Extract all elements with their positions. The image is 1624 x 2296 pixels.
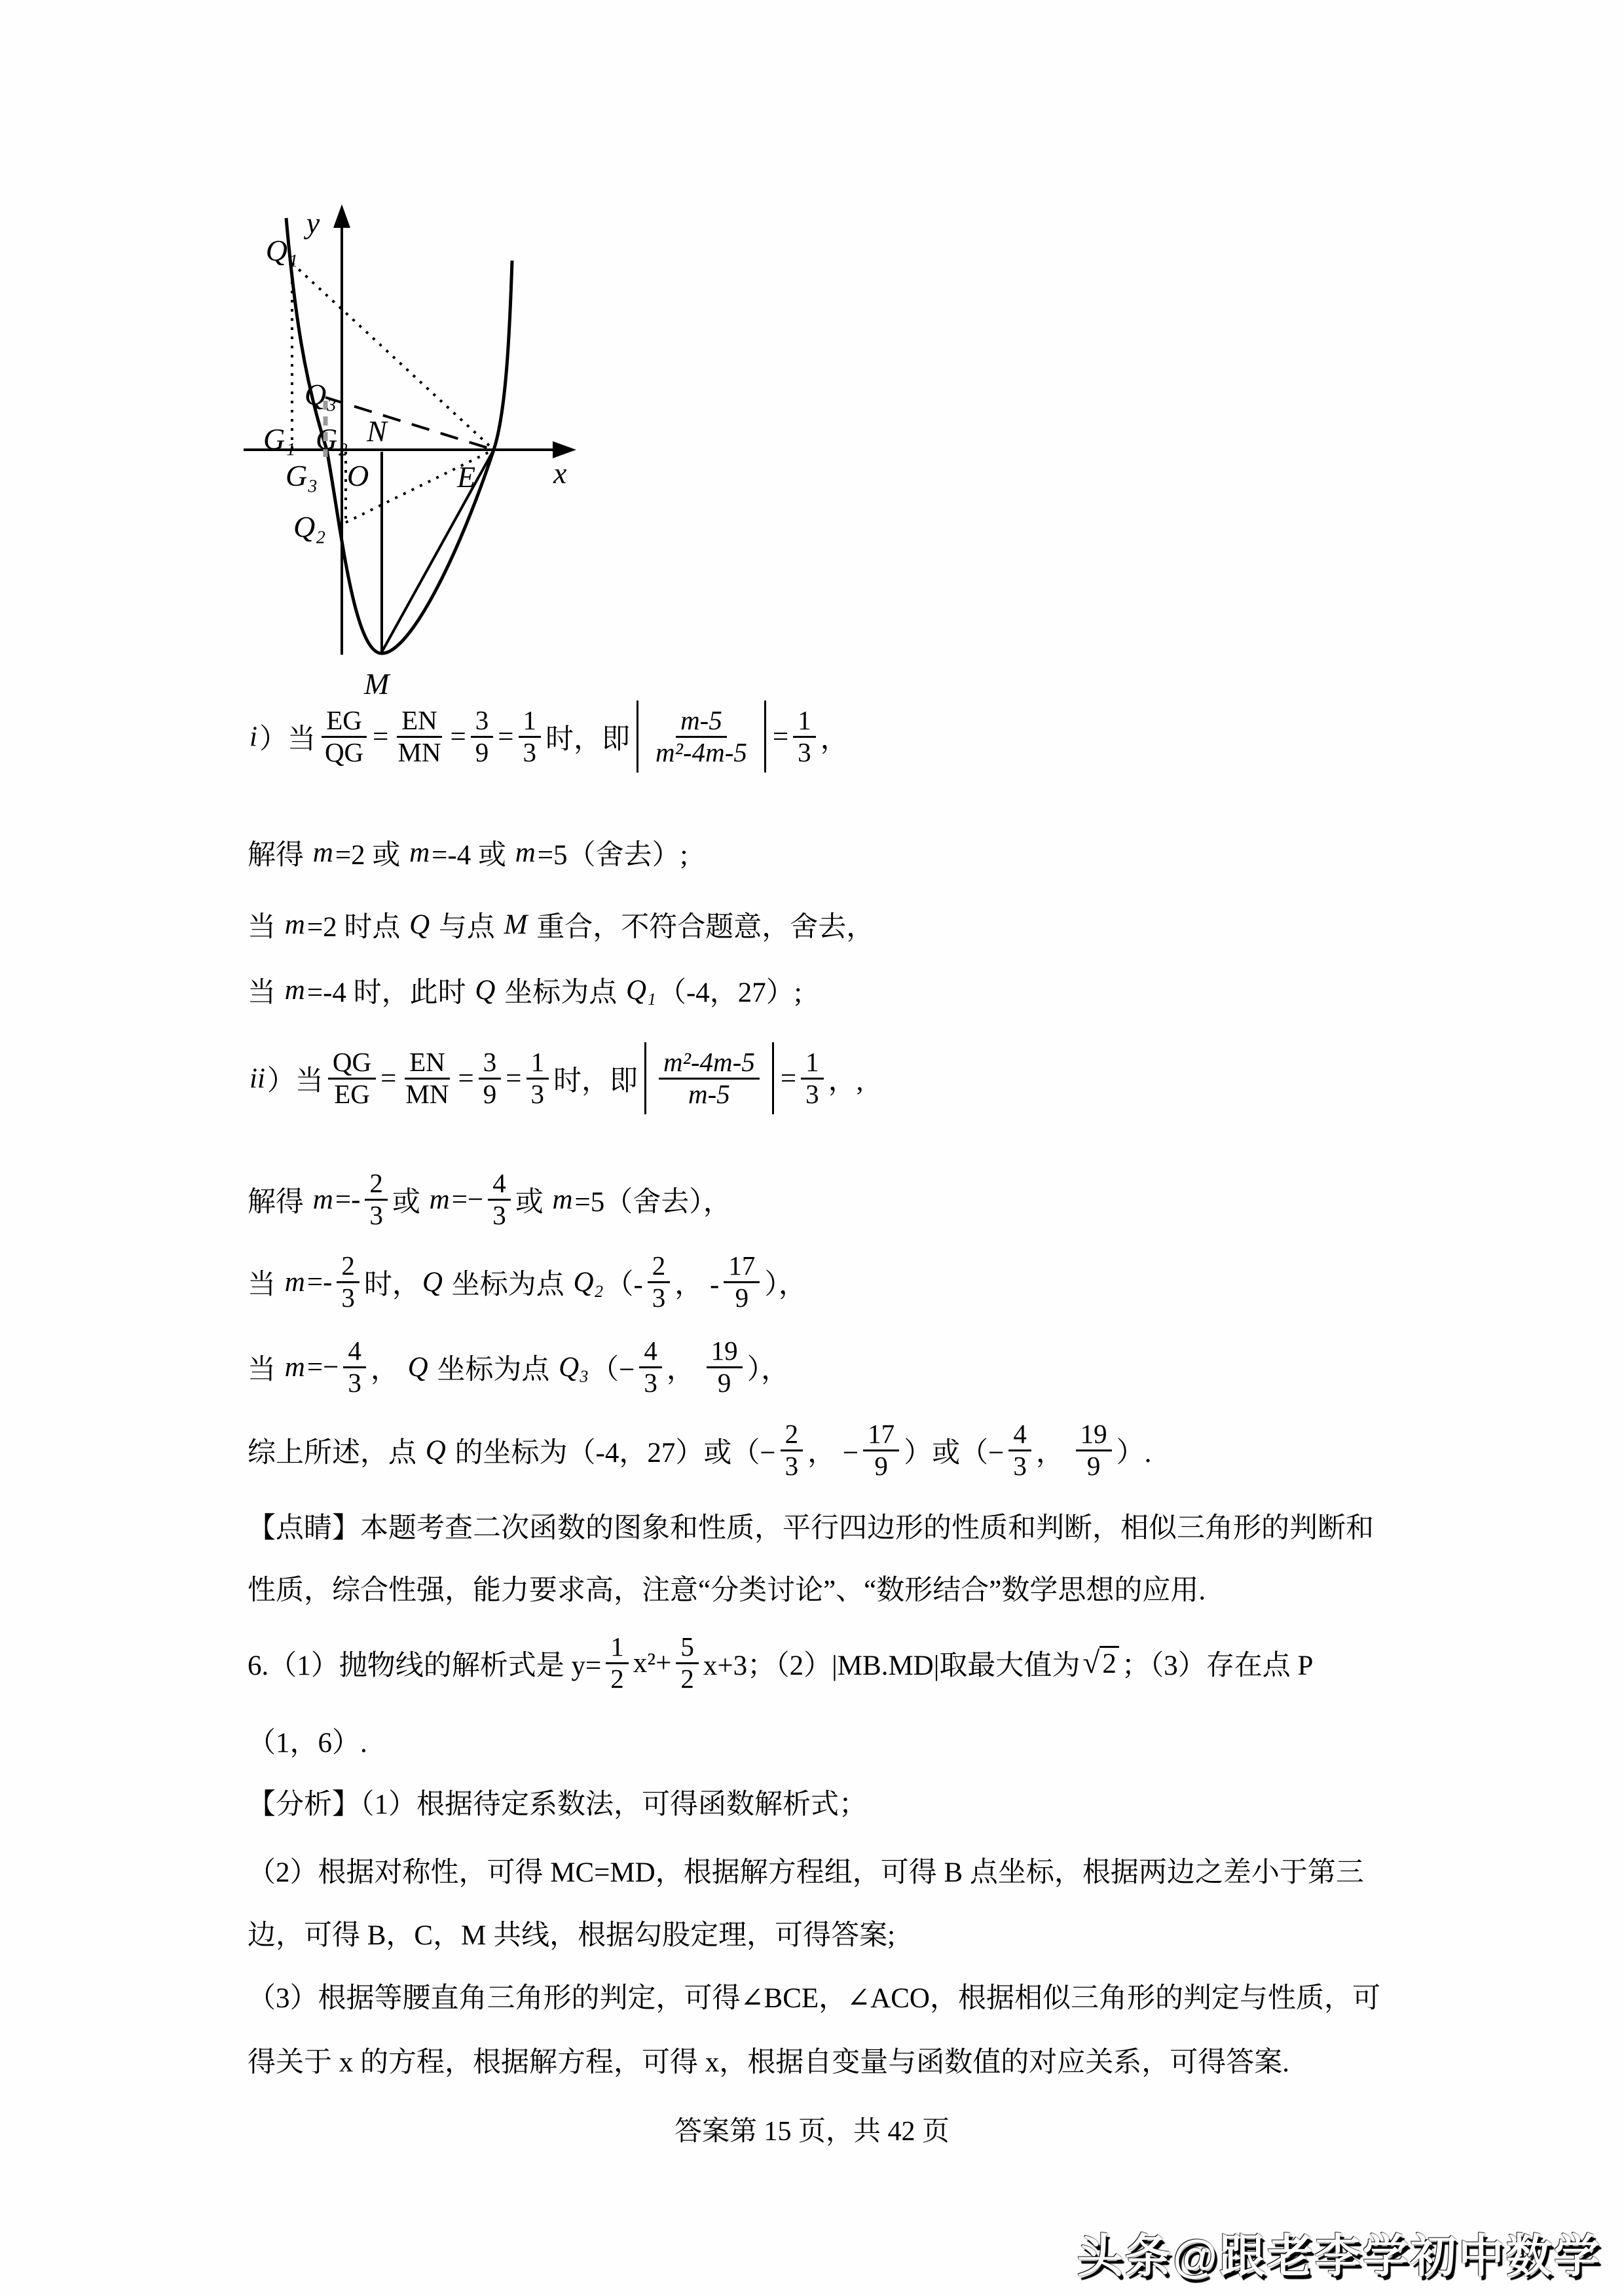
math-variable: Q [420,1266,445,1298]
fraction-denominator: 3 [1008,1451,1031,1482]
text-run: 解得 [248,1180,311,1220]
text-run: = [781,1063,796,1095]
fraction-numerator: 1 [793,706,816,738]
problem6-answer-line: 6.（1）抛物线的解析式是 y=12x²+52x+3；（2）|MB.MD|取最大… [248,1624,1313,1702]
solution-line-m-neg4: 当 m=-4 时，此时 Q 坐标为点 Q₁（-4，27）; [248,970,802,1010]
fraction-numerator: EG [322,706,367,738]
text-run: =-4 或 [432,833,513,873]
text-run: 当 [248,970,283,1010]
math-variable: m [311,1184,335,1216]
analysis-line-4: （3）根据等腰直角三角形的判定，可得∠BCE，∠ACO，根据相似三角形的判定与性… [248,1976,1380,2015]
label-origin: O [347,459,369,492]
text-run: = [498,721,513,753]
text-run: x+3；（2）|MB.MD|取最大值为 [703,1643,1080,1683]
fraction: 23 [781,1419,803,1482]
text-run: （2）根据对称性，可得 MC=MD，根据解方程组，可得 B 点坐标，根据两边之差… [248,1850,1364,1890]
math-variable: Q [473,974,497,1006]
label-point-G3: G₃ [286,459,318,492]
math-variable: m [428,1184,452,1216]
absolute-value: m²-4m-5m-5 [644,1042,774,1115]
problem6-point-p: （1，6）. [248,1721,367,1760]
label-point-Q3: Q₃ [304,378,337,411]
math-variable: m [513,837,538,869]
text-run: =2 时点 [307,905,407,945]
fraction-denominator: QG [320,738,368,768]
remark-line-2: 性质，综合性强，能力要求高，注意“分类讨论”、“数形结合”数学思想的应用. [248,1568,1206,1607]
fraction-denominator: 9 [479,1080,502,1110]
label-point-Q1: Q₁ [266,234,298,267]
text-run: =-4 时，此时 [307,970,473,1010]
text-run: =5（舍去）; [538,833,688,873]
fraction: 52 [676,1632,699,1694]
text-run: 时， [364,1262,420,1302]
text-run: 时，即 [545,717,630,757]
fraction-denominator: EG [329,1080,375,1110]
fraction-numerator: 19 [707,1336,743,1368]
solution-line-solve-i: 解得 m=2 或 m=-4 或 m=5（舍去）; [248,833,688,872]
text-run: ）. [1116,1430,1152,1470]
fraction-denominator: 9 [1082,1451,1105,1482]
fraction-denominator: 3 [337,1283,360,1313]
math-variable: m [311,837,335,869]
fraction-denominator: 3 [519,738,542,768]
label-point-Q2: Q₂ [293,510,325,543]
text-run: 综上所述，点 [248,1430,424,1470]
fraction-numerator: 5 [676,1632,699,1664]
text-run: 重合，不符合题意，舍去， [529,905,874,945]
text-run: （− [591,1347,635,1387]
math-variable: M [502,909,530,941]
fraction-numerator: 3 [471,706,494,738]
solution-line-case-i: i）当EGQG=ENMN=39=13时，即m-5m²-4m-5=13， [248,681,849,792]
text-run: 或 [392,1180,428,1220]
absolute-value: m-5m²-4m-5 [637,701,766,773]
analysis-line-3: 边，可得 B，C，M 共线，根据勾股定理，可得答案; [248,1913,895,1952]
text-run: 【点睛】本题考查二次函数的图象和性质，平行四边形的性质和判断，相似三角形的判断和 [248,1506,1374,1546]
fraction: 199 [1076,1419,1112,1482]
text-run: = [451,721,466,753]
square-root: √2 [1082,1645,1118,1681]
fraction-denominator: m-5 [684,1080,735,1110]
math-variable: i [248,721,259,753]
fraction-numerator: EN [397,706,442,738]
fraction: m-5m²-4m-5 [651,706,752,768]
fraction: EGQG [320,706,368,768]
fraction: ENMN [401,1048,453,1110]
text-run: = [458,1063,473,1095]
text-run: ）当 [259,717,316,757]
y-axis-arrow [333,204,350,228]
text-run: 性质，综合性强，能力要求高，注意“分类讨论”、“数形结合”数学思想的应用. [248,1568,1206,1608]
fraction: 39 [479,1048,502,1110]
fraction-numerator: 2 [365,1169,388,1201]
text-run: = [373,721,388,753]
text-run: ）， [764,1262,807,1302]
fraction-numerator: 1 [526,1048,549,1080]
text-run: （- [605,1262,642,1302]
text-run: 6.（1）抛物线的解析式是 y= [248,1643,601,1683]
fraction-denominator: 2 [676,1664,699,1694]
fraction-denominator: 3 [639,1368,662,1398]
fraction: 43 [639,1336,662,1398]
fraction-denominator: 3 [648,1283,671,1313]
fraction: m²-4m-5m-5 [659,1048,760,1110]
fraction-denominator: 9 [870,1451,893,1482]
fraction: ENMN [393,706,445,768]
document-page: y x O Q₁ Q₃ G₁ G₂ N G₃ E Q₂ M i）当EGQG=EN… [0,0,1624,2296]
fraction: 13 [793,706,816,768]
text-run: （1，6）. [248,1721,367,1760]
text-run: ）或（− [904,1430,1004,1470]
fraction-numerator: 3 [479,1048,502,1080]
fraction-numerator: EN [405,1048,450,1080]
text-run: =5（舍去）， [575,1180,731,1220]
fraction: 13 [519,706,542,768]
fraction-denominator: 3 [781,1451,803,1482]
text-run: ， [371,1347,406,1387]
text-run: （3）根据等腰直角三角形的判定，可得∠BCE，∠ACO，根据相似三角形的判定与性… [248,1976,1380,2016]
fraction: 23 [648,1251,671,1313]
math-variable: Q [406,1351,430,1383]
fraction-numerator: 1 [606,1632,629,1664]
fraction: 23 [365,1169,388,1231]
text-run: =− [452,1184,484,1216]
math-variable: m [283,974,307,1006]
fraction-numerator: 4 [639,1336,662,1368]
fraction-denominator: 3 [526,1080,549,1110]
text-run: 与点 [432,905,502,945]
text-run: 边，可得 B，C，M 共线，根据勾股定理，可得答案; [248,1913,895,1953]
fraction-denominator: m²-4m-5 [651,738,752,768]
fraction-numerator: 17 [863,1419,899,1451]
remark-line-1: 【点睛】本题考查二次函数的图象和性质，平行四边形的性质和判断，相似三角形的判断和 [248,1506,1374,1545]
text-run: 得关于 x 的方程，根据解方程，可得 x，根据自变量与函数值的对应关系，可得答案… [248,2040,1289,2080]
text-run: （-4，27）; [658,970,802,1010]
text-run: 的坐标为（-4，27）或（− [448,1430,776,1470]
fraction: 43 [343,1336,366,1398]
text-run: x²+ [633,1647,672,1679]
fraction-denominator: 9 [713,1368,736,1398]
text-run: 坐标为点 [497,970,624,1010]
math-variable: Q₂ [571,1266,605,1298]
text-run: 【分析】（1）根据待定系数法，可得函数解析式； [248,1782,867,1822]
fraction-numerator: 4 [1008,1419,1031,1451]
analysis-line-5: 得关于 x 的方程，根据解方程，可得 x，根据自变量与函数值的对应关系，可得答案… [248,2040,1289,2079]
parabola-figure: y x O Q₁ Q₃ G₁ G₂ N G₃ E Q₂ M [216,183,609,707]
label-x-axis: x [553,456,567,490]
fraction-denominator: MN [401,1080,453,1110]
fraction: 13 [526,1048,549,1110]
fraction-denominator: 9 [471,738,494,768]
fraction-numerator: m-5 [676,706,727,738]
math-variable: ii [248,1063,267,1095]
text-run: 当 [248,1347,283,1387]
fraction: 179 [863,1419,899,1482]
text-run: ，, [828,1059,864,1099]
segment-ME [382,450,494,652]
text-run: ， [1036,1430,1071,1470]
fraction-numerator: m²-4m-5 [659,1048,760,1080]
fraction: 43 [1008,1419,1031,1482]
fraction-numerator: 1 [801,1048,824,1080]
fraction: 179 [724,1251,760,1313]
solution-line-q2-coords: 当 m=-23时，Q 坐标为点 Q₂（-23， -179）， [248,1243,807,1321]
fraction-denominator: MN [393,738,445,768]
label-point-G1: G₁ [263,422,295,456]
solution-line-summary: 综上所述，点 Q 的坐标为（-4，27）或（−23， −179）或（−43， 1… [248,1411,1151,1489]
solution-line-q3-coords: 当 m=−43， Q 坐标为点 Q₃（−43， 199）， [248,1328,789,1406]
radicand: 2 [1099,1646,1119,1680]
fraction-numerator: 17 [724,1251,760,1283]
fraction: 39 [471,706,494,768]
fraction: 13 [801,1048,824,1110]
radical-sign: √ [1082,1645,1099,1681]
text-run: ）， [747,1347,790,1387]
text-run: 坐标为点 [445,1262,572,1302]
fraction-denominator: 9 [731,1283,754,1313]
math-variable: m [283,1266,307,1298]
text-run: ， [667,1347,702,1387]
text-run: ， − [807,1430,858,1470]
text-run: = [380,1063,396,1095]
math-variable: m [550,1184,574,1216]
fraction-numerator: 4 [488,1169,511,1201]
solution-line-case-ii: ii）当QGEG=ENMN=39=13时，即m²-4m-5m-5=13，, [248,1023,863,1134]
fraction-numerator: 2 [648,1251,671,1283]
math-variable: m [283,1351,307,1383]
text-run: =2 或 [335,833,407,873]
label-y-axis: y [304,206,320,240]
text-run: 时，即 [553,1059,638,1099]
fraction: 12 [606,1632,629,1694]
fraction-denominator: 3 [365,1201,388,1231]
fraction: 43 [488,1169,511,1231]
text-run: ， [821,717,849,757]
text-run: 当 [248,1262,283,1302]
math-variable: m [407,837,432,869]
fraction-numerator: 2 [781,1419,803,1451]
analysis-line-1: 【分析】（1）根据待定系数法，可得函数解析式； [248,1782,867,1821]
fraction-numerator: 19 [1076,1419,1112,1451]
fraction-denominator: 3 [801,1080,824,1110]
label-point-E: E [456,460,475,494]
label-point-G2: G₂ [316,422,348,456]
math-variable: m [283,909,307,941]
watermark: 头条@跟老李学初中数学 [1077,2219,1602,2286]
fraction-numerator: 4 [343,1336,366,1368]
text-run: ）当 [267,1059,323,1099]
solution-line-m2-reject: 当 m=2 时点 Q 与点 M 重合，不符合题意，舍去， [248,905,874,944]
fraction-denominator: 3 [343,1368,366,1398]
fraction-denominator: 2 [606,1664,629,1694]
fraction-denominator: 3 [488,1201,511,1231]
text-run: = [506,1063,521,1095]
math-variable: Q [424,1434,448,1467]
text-run: ；（3）存在点 P [1122,1643,1314,1683]
dashed-Q3-N-E [325,397,494,450]
fraction-denominator: 3 [793,738,816,768]
text-run: ， - [674,1262,719,1302]
math-variable: Q₃ [557,1351,591,1383]
text-run: =- [307,1266,333,1298]
solution-line-solve-ii: 解得 m=-23或 m=−43或 m=5（舍去）， [248,1160,731,1239]
fraction-numerator: QG [328,1048,376,1080]
text-run: = [773,721,788,753]
text-run: 或 [515,1180,551,1220]
fraction-numerator: 2 [337,1251,360,1283]
math-variable: Q₁ [624,974,658,1006]
fraction-numerator: 1 [519,706,542,738]
text-run: 坐标为点 [430,1347,557,1387]
fraction: 23 [337,1251,360,1313]
text-run: =- [335,1184,361,1216]
text-run: =− [307,1351,339,1383]
math-variable: Q [407,909,432,941]
text-run: 当 [248,905,283,945]
text-run: 解得 [248,833,311,873]
fraction: QGEG [328,1048,376,1110]
analysis-line-2: （2）根据对称性，可得 MC=MD，根据解方程组，可得 B 点坐标，根据两边之差… [248,1850,1364,1889]
fraction: 199 [707,1336,743,1398]
page-footer: 答案第 15 页，共 42 页 [0,2109,1624,2149]
label-point-N: N [366,414,388,448]
